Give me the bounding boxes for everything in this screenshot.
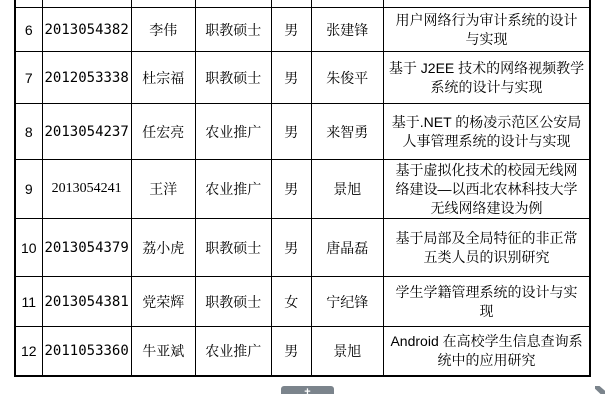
cell-row-number: 12 [15,327,42,377]
table-row-partial [15,0,590,8]
cell-student-id: 2012053338 [42,52,131,104]
cell-thesis-title: Android 在高校学生信息查询系 统中的应用研究 [383,327,590,377]
cell-degree-type: 职教硕士 [195,52,271,104]
cell-row-number: 8 [15,104,42,160]
table-row: 8 2013054237 任宏亮 农业推广 男 来智勇 基于.NET 的杨凌示范… [15,104,590,160]
cell-student-id: 2013054381 [42,277,131,327]
cell-advisor: 朱俊平 [311,52,383,104]
cell-degree-type: 职教硕士 [195,219,271,277]
cell-empty [271,0,311,8]
cell-row-number: 9 [15,160,42,219]
cell-degree-type: 农业推广 [195,160,271,219]
cell-thesis-title: 学生学籍管理系统的设计与实 现 [383,277,590,327]
cell-row-number: 10 [15,219,42,277]
cell-advisor: 来智勇 [311,104,383,160]
cell-thesis-title: 基于局部及全局特征的非正常 五类人员的识别研究 [383,219,590,277]
cell-empty [383,0,590,8]
cell-student-name: 荔小虎 [131,219,195,277]
cell-degree-type: 职教硕士 [195,277,271,327]
cell-advisor: 唐晶磊 [311,219,383,277]
cell-empty [15,0,42,8]
cell-advisor: 景旭 [311,327,383,377]
table-row: 7 2012053338 杜宗福 职教硕士 男 朱俊平 基于 J2EE 技术的网… [15,52,590,104]
table-row: 10 2013054379 荔小虎 职教硕士 男 唐晶磊 基于局部及全局特征的非… [15,219,590,277]
cell-empty [42,0,131,8]
cell-empty [131,0,195,8]
table-row: 9 2013054241 王洋 农业推广 男 景旭 基于虚拟化技术的校园无线网 … [15,160,590,219]
cell-row-number: 11 [15,277,42,327]
cell-student-id: 2011053360 [42,327,131,377]
cell-gender: 男 [271,52,311,104]
cell-student-id: 2013054241 [42,160,131,219]
cell-advisor: 宁纪锋 [311,277,383,327]
cell-gender: 男 [271,160,311,219]
cell-empty [195,0,271,8]
table-row: 11 2013054381 党荣辉 职教硕士 女 宁纪锋 学生学籍管理系统的设计… [15,277,590,327]
cell-thesis-title: 基于.NET 的杨凌示范区公安局 人事管理系统的设计与实现 [383,104,590,160]
cell-gender: 男 [271,8,311,52]
cell-student-name: 党荣辉 [131,277,195,327]
cell-thesis-title: 基于 J2EE 技术的网络视频教学 系统的设计与实现 [383,52,590,104]
zoom-in-button[interactable]: + [281,386,334,394]
thesis-assignment-table: 6 2013054382 李伟 职教硕士 男 张建锋 用户网络行为审计系统的设计… [14,0,591,377]
cell-advisor: 张建锋 [311,8,383,52]
cell-degree-type: 职教硕士 [195,8,271,52]
cell-thesis-title: 基于虚拟化技术的校园无线网 络建设—以西北农林科技大学 无线网络建设为例 [383,160,590,219]
document-page: 6 2013054382 李伟 职教硕士 男 张建锋 用户网络行为审计系统的设计… [0,0,607,394]
cell-gender: 男 [271,327,311,377]
cell-gender: 女 [271,277,311,327]
resize-grip-icon[interactable] [595,386,605,394]
cell-gender: 男 [271,219,311,277]
cell-advisor: 景旭 [311,160,383,219]
plus-icon: + [304,387,310,394]
cell-student-id: 2013054382 [42,8,131,52]
cell-row-number: 7 [15,52,42,104]
cell-degree-type: 农业推广 [195,104,271,160]
cell-gender: 男 [271,104,311,160]
cell-row-number: 6 [15,8,42,52]
cell-student-id: 2013054237 [42,104,131,160]
cell-empty [311,0,383,8]
table-row: 12 2011053360 牛亚斌 农业推广 男 景旭 Android 在高校学… [15,327,590,377]
table-row: 6 2013054382 李伟 职教硕士 男 张建锋 用户网络行为审计系统的设计… [15,8,590,52]
cell-student-name: 李伟 [131,8,195,52]
cell-student-name: 王洋 [131,160,195,219]
cell-student-name: 牛亚斌 [131,327,195,377]
cell-thesis-title: 用户网络行为审计系统的设计 与实现 [383,8,590,52]
cell-student-id: 2013054379 [42,219,131,277]
cell-degree-type: 农业推广 [195,327,271,377]
cell-student-name: 杜宗福 [131,52,195,104]
cell-student-name: 任宏亮 [131,104,195,160]
